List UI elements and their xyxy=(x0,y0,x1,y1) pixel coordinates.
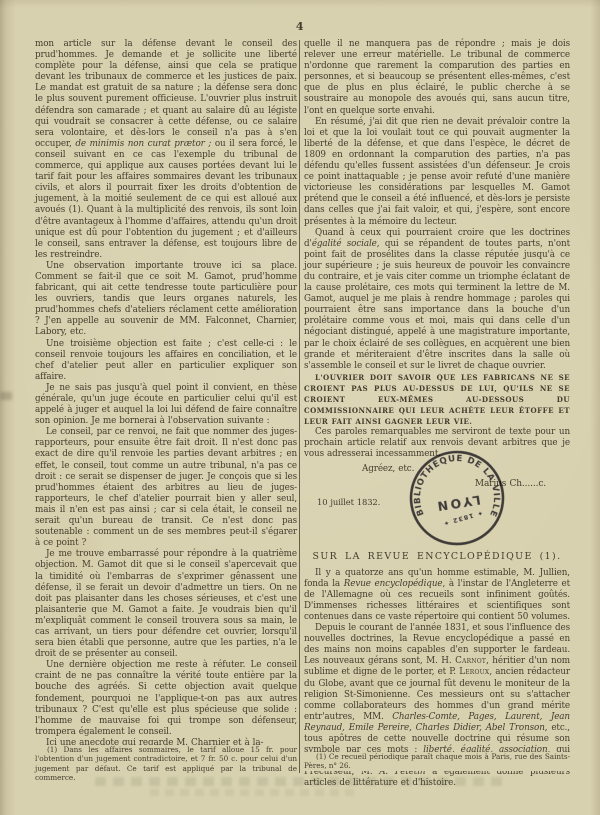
scanned-journal-page: 4 mon article sur la défense devant le c… xyxy=(0,0,600,815)
paragraph: Je me trouve embarrassé pour répondre à … xyxy=(35,549,297,660)
footnote-left: (1) Dans les affaires sommaires, le tari… xyxy=(35,745,297,783)
page-number: 4 xyxy=(0,20,600,33)
column-divider-rule xyxy=(299,40,300,773)
left-column: mon article sur la défense devant le con… xyxy=(35,39,297,749)
paragraph: Je ne sais pas jusqu'à quel point il con… xyxy=(35,383,297,427)
closing-salutation: Agréez, etc. xyxy=(304,464,570,475)
paragraph: Ces paroles remarquables me serviront de… xyxy=(304,427,570,460)
paragraph: Quand à ceux qui pourraient croire que l… xyxy=(304,228,570,372)
paragraph: quelle il ne manquera pas de répondre ; … xyxy=(304,39,570,117)
paragraph: Une troisième objection est faite ; c'es… xyxy=(35,339,297,383)
date-line: 10 juillet 1832. xyxy=(304,497,570,507)
right-column: quelle il ne manquera pas de répondre ; … xyxy=(304,39,570,789)
signature: Marius Ch......c. xyxy=(304,479,570,490)
scan-edge-mark xyxy=(0,392,12,400)
footnote-right: (1) Ce recueil périodique paraît chaque … xyxy=(304,752,570,771)
paragraph: Le conseil, par ce renvoi, ne fait que n… xyxy=(35,427,297,549)
section-heading: SUR LA REVUE ENCYCLOPÉDIQUE (1). xyxy=(304,551,570,563)
bleedthrough-smudge xyxy=(150,789,360,796)
paragraph: Il y a quatorze ans qu'un homme estimabl… xyxy=(304,568,570,623)
paragraph: En résumé, j'ai dit que rien ne devait p… xyxy=(304,117,570,228)
paragraph: Une dernière objection me reste à réfute… xyxy=(35,660,297,738)
paragraph: mon article sur la défense devant le con… xyxy=(35,39,297,261)
paragraph: L'OUVRIER DOIT SAVOIR QUE LES FABRICANS … xyxy=(304,372,570,427)
paragraph: Une observation importante trouve ici sa… xyxy=(35,261,297,339)
right-column-upper-text: quelle il ne manquera pas de répondre ; … xyxy=(304,39,570,461)
